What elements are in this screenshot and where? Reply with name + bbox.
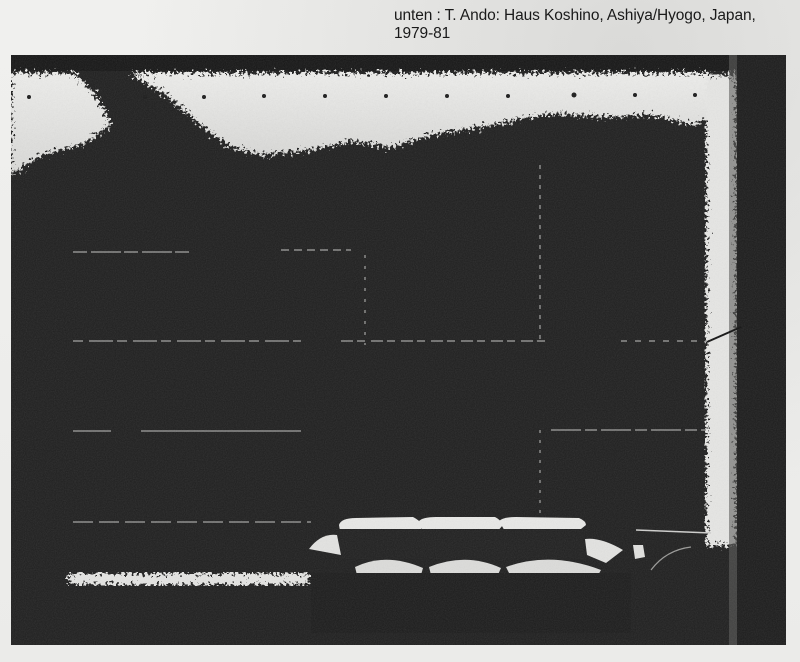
photograph bbox=[11, 55, 786, 645]
photograph-image bbox=[11, 55, 786, 645]
caption-line-2: 1979-81 bbox=[394, 25, 794, 43]
caption-line-1: unten : T. Ando: Haus Koshino, Ashiya/Hy… bbox=[394, 7, 794, 25]
figure-caption: unten : T. Ando: Haus Koshino, Ashiya/Hy… bbox=[394, 7, 794, 43]
